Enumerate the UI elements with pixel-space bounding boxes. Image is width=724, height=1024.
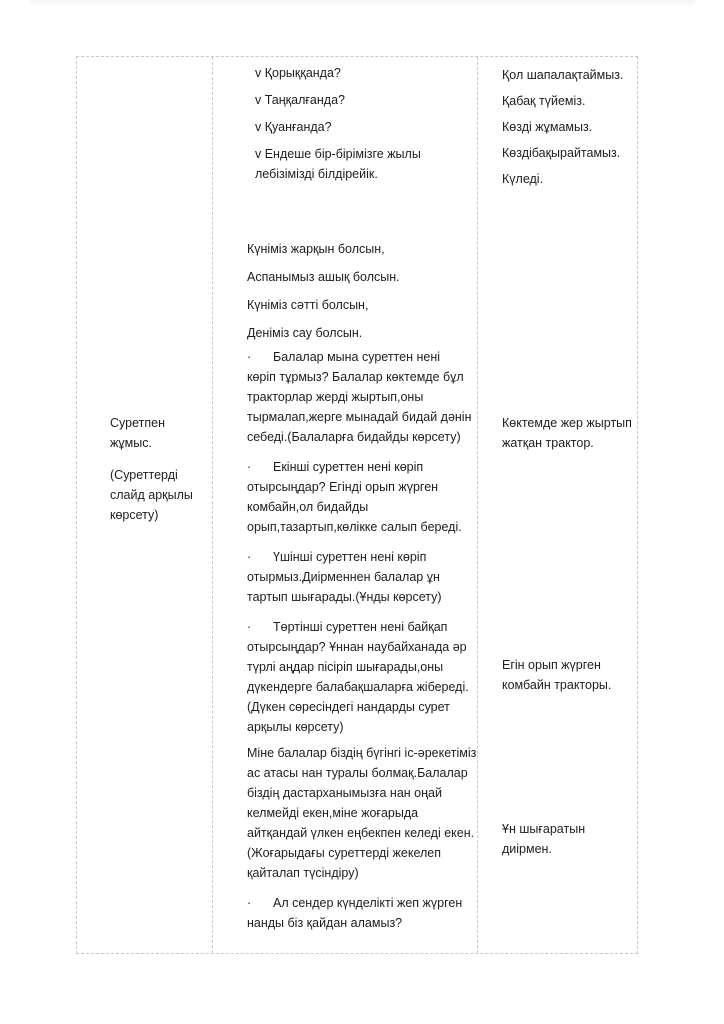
question-item: v Қуанғанда? [255, 117, 475, 137]
response-item: Көздібақырайтамыз. [502, 143, 637, 163]
bullet-text: Балалар мына суреттен нені көріп тұрмыз?… [247, 350, 471, 444]
bullet-marker: · [247, 893, 273, 913]
bullet-marker: · [247, 547, 273, 567]
poem-line: Күніміз жарқын болсын, [247, 239, 472, 259]
activity-title: Суретпен жұмыс. [110, 413, 210, 453]
bullet-text: Ал сендер күнделікті жеп жүрген нанды бі… [247, 896, 462, 930]
lesson-table: Суретпен жұмыс. (Суреттерді слайд арқылы… [76, 56, 638, 954]
bullet-marker: · [247, 457, 273, 477]
left-column-cell: Суретпен жұмыс. (Суреттерді слайд арқылы… [110, 413, 210, 525]
question-list: v Қорыққанда? v Таңқалғанда? v Қуанғанда… [255, 63, 475, 184]
answer-tractor: Көктемде жер жыртып жатқан трактор. [502, 413, 637, 453]
bullet-marker: · [247, 617, 273, 637]
bullet-item: ·Үшінші суреттен нені көріп отырмыз.Диір… [247, 547, 472, 607]
poem-line: Деніміз сау болсын. [247, 323, 472, 343]
answer-mill: Ұн шығаратын диірмен. [502, 819, 637, 859]
question-item: v Ендеше бір-бірімізге жылы лебізімізді … [255, 144, 475, 184]
response-item: Қол шапалақтаймыз. [502, 65, 637, 85]
bullet-text: Екінші суреттен нені көріп отырсыңдар? Е… [247, 460, 462, 534]
page-top-edge [30, 0, 695, 8]
answer-combine: Егін орып жүрген комбайн тракторы. [502, 655, 637, 695]
activity-note: (Суреттерді слайд арқылы көрсету) [110, 465, 210, 525]
response-item: Қабақ түйеміз. [502, 91, 637, 111]
bullet-text: Төртінші суреттен нені байқап отырсыңдар… [247, 620, 469, 734]
picture-discussion: ·Балалар мына суреттен нені көріп тұрмыз… [247, 347, 472, 737]
bullet-item: ·Төртінші суреттен нені байқап отырсыңда… [247, 617, 472, 737]
column-divider-right [477, 57, 478, 953]
summary-text: Міне балалар біздің бүгінгі іс-әрекетімі… [247, 743, 477, 883]
poem-line: Аспанымыз ашық болсын. [247, 267, 472, 287]
bullet-text: Үшінші суреттен нені көріп отырмыз.Диірм… [247, 550, 442, 604]
bullet-item: ·Балалар мына суреттен нені көріп тұрмыз… [247, 347, 472, 447]
response-item: Күледі. [502, 169, 637, 189]
poem-block: Күніміз жарқын болсын, Аспанымыз ашық бо… [247, 239, 472, 343]
bullet-item: ·Екінші суреттен нені көріп отырсыңдар? … [247, 457, 472, 537]
response-item: Көзді жұмамыз. [502, 117, 637, 137]
response-list: Қол шапалақтаймыз. Қабақ түйеміз. Көзді … [502, 65, 637, 189]
summary-block: Міне балалар біздің бүгінгі іс-әрекетімі… [247, 743, 477, 933]
column-divider-left [212, 57, 213, 953]
question-item: v Таңқалғанда? [255, 90, 475, 110]
poem-line: Күніміз сәтті болсын, [247, 295, 472, 315]
question-item: v Қорыққанда? [255, 63, 475, 83]
final-question: ·Ал сендер күнделікті жеп жүрген нанды б… [247, 893, 477, 933]
bullet-marker: · [247, 347, 273, 367]
